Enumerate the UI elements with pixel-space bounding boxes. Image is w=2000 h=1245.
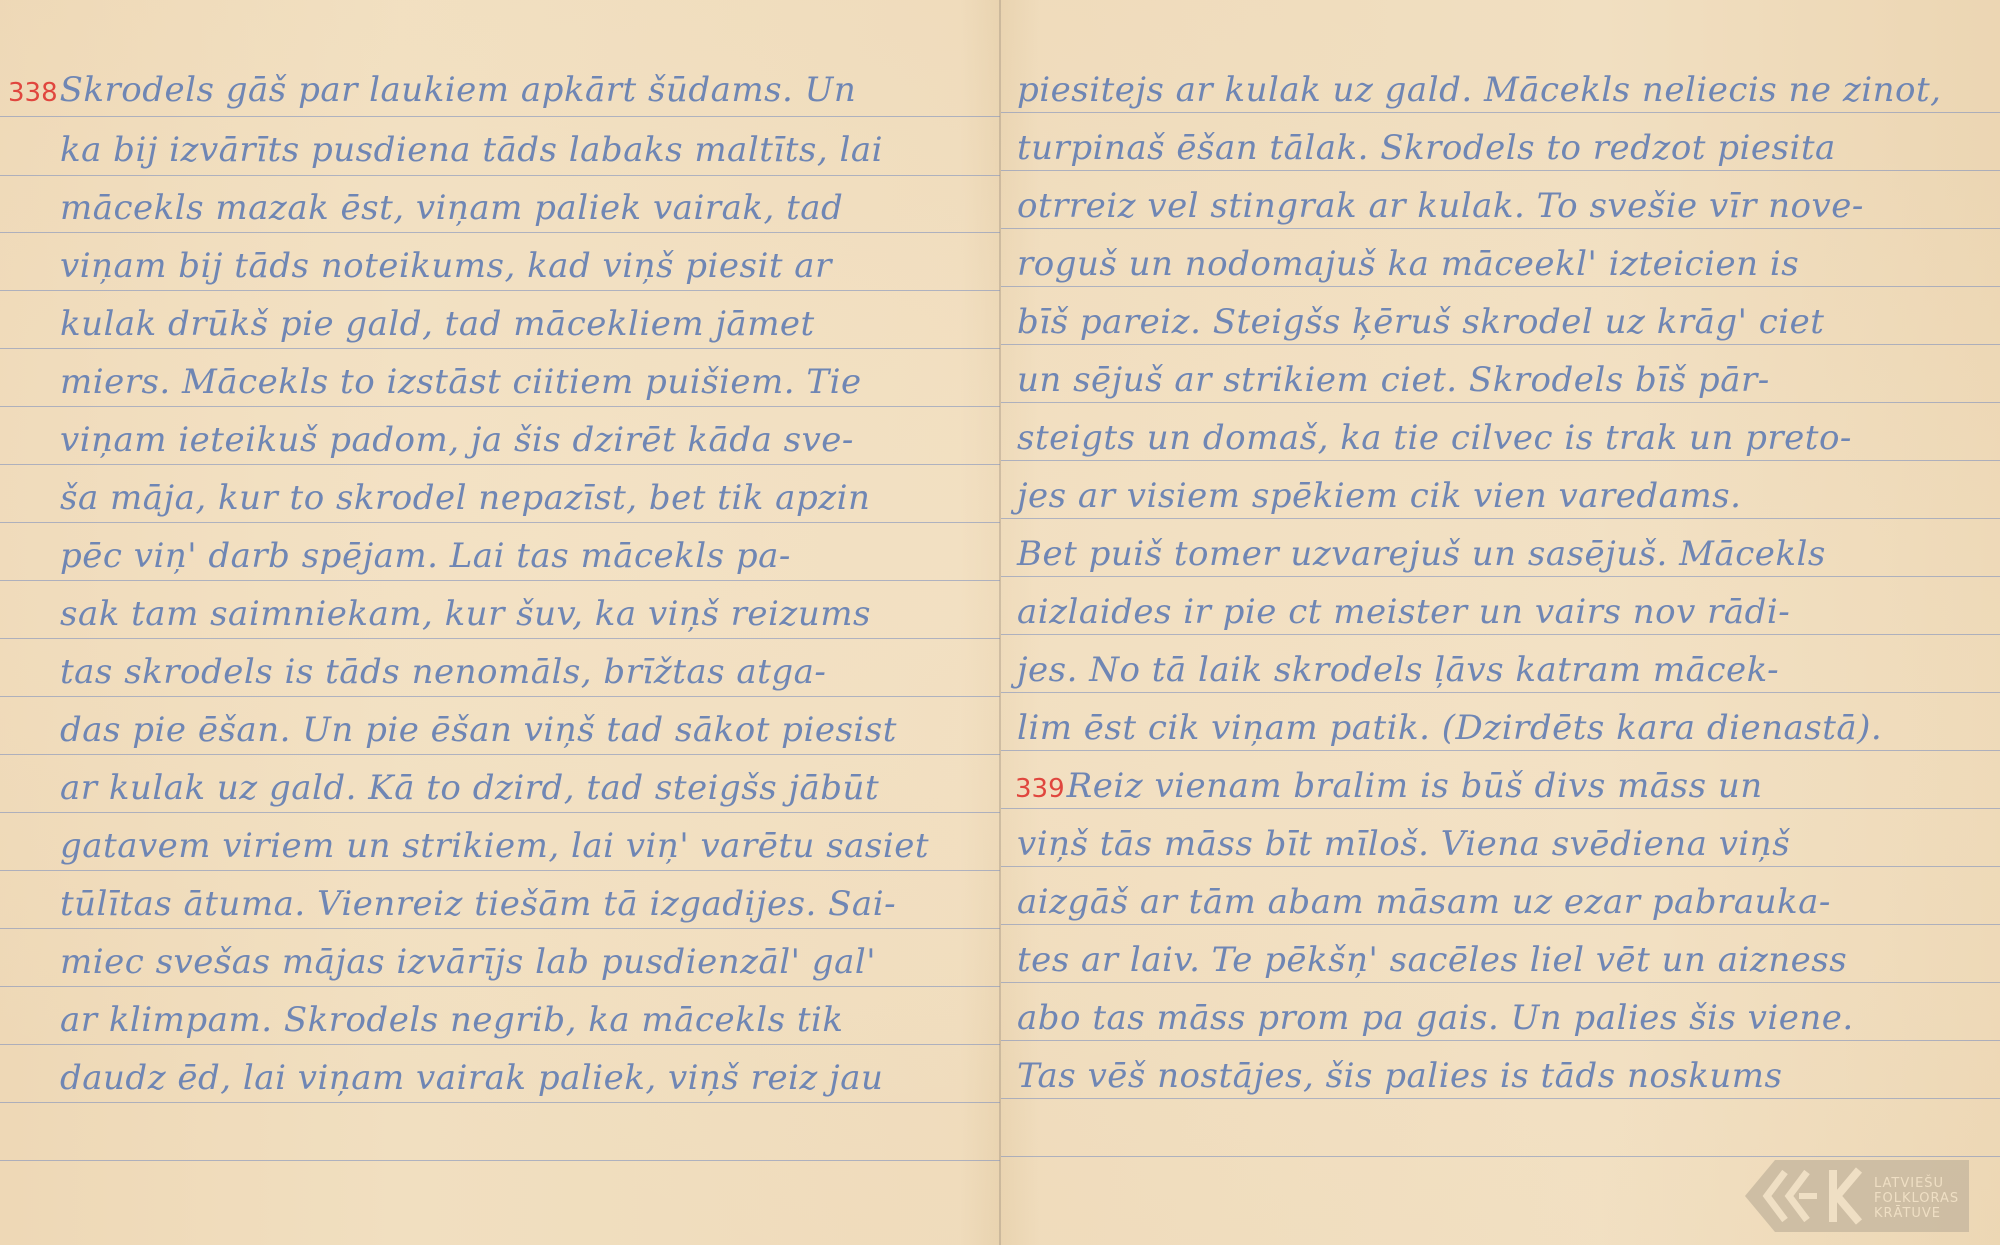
text-line: otrreiz vel stingrak ar kulak. To svešie… <box>1001 186 1864 226</box>
text-line: 339Reiz vienam bralim is būš divs māss u… <box>1001 766 1763 809</box>
ruled-line <box>0 580 1000 581</box>
text-line: aizgāš ar tām abam māsam uz ezar pabrauk… <box>1001 882 1831 922</box>
ruled-line <box>1001 634 2000 635</box>
text-line: roguš un nodomajuš ka māceekl' izteicien… <box>1001 244 1799 284</box>
ruled-line <box>0 290 1000 291</box>
ruled-line <box>1001 576 2000 577</box>
text-line: steigts un domaš, ka tie cilvec is trak … <box>1001 418 1852 458</box>
line-text: Reiz vienam bralim is būš divs māss un <box>1067 766 1763 806</box>
text-line: jes ar visiem spēkiem cik vien varedams. <box>1001 476 1741 516</box>
ruled-line <box>0 870 1000 871</box>
ruled-line <box>1001 750 2000 751</box>
text-line: 338Skrodels gāš par laukiem apkārt šūdam… <box>0 70 856 113</box>
text-line: ar klimpam. Skrodels negrib, ka mācekls … <box>0 1000 843 1040</box>
ruled-line <box>1001 460 2000 461</box>
entry-number-338: 338 <box>8 78 58 108</box>
text-line: tūlītas ātuma. Vienreiz tiešām tā izgadi… <box>0 884 896 924</box>
text-line: gatavem viriem un strikiem, lai viņ' var… <box>0 826 929 866</box>
ruled-line <box>0 348 1000 349</box>
ruled-line <box>0 812 1000 813</box>
text-line: mācekls mazak ēst, viņam paliek vairak, … <box>0 188 843 228</box>
ruled-line <box>0 1102 1000 1103</box>
watermark-line: FOLKLORAS <box>1874 1191 1959 1206</box>
text-line: kulak drūkš pie gald, tad mācekliem jāme… <box>0 304 815 344</box>
ruled-line <box>1001 402 2000 403</box>
text-line: viņam bij tāds noteikums, kad viņš piesi… <box>0 246 832 286</box>
text-line: lim ēst cik viņam patik. (Dzirdēts kara … <box>1001 708 1882 748</box>
ruled-line <box>1001 866 2000 867</box>
text-line: tes ar laiv. Te pēkšņ' sacēles liel vēt … <box>1001 940 1847 980</box>
text-line: ša māja, kur to skrodel nepazīst, bet ti… <box>0 478 870 518</box>
text-line: aizlaides ir pie ct meister un vairs nov… <box>1001 592 1790 632</box>
ruled-line <box>1001 1040 2000 1041</box>
lfk-logo-icon <box>1745 1160 1870 1232</box>
line-text: Skrodels gāš par laukiem apkārt šūdams. … <box>60 70 857 110</box>
text-line: ka bij izvārīts pusdiena tāds labaks mal… <box>0 130 883 170</box>
text-line: tas skrodels is tāds nenomāls, brīžtas a… <box>0 652 826 692</box>
ruled-line <box>1001 286 2000 287</box>
ruled-line <box>0 754 1000 755</box>
text-line: abo tas māss prom pa gais. Un palies šis… <box>1001 998 1854 1038</box>
ruled-line <box>0 928 1000 929</box>
ruled-line <box>1001 1156 2000 1157</box>
text-line: bīš pareiz. Steigšs ķēruš skrodel uz krā… <box>1001 302 1824 342</box>
text-line: viņam ieteikuš padom, ja šis dzirēt kāda… <box>0 420 854 460</box>
text-line: Bet puiš tomer uzvarejuš un sasējuš. Māc… <box>1001 534 1826 574</box>
lfk-watermark: LATVIEŠU FOLKLORAS KRĀTUVE <box>1745 1160 1985 1232</box>
ruled-line <box>0 638 1000 639</box>
ruled-line <box>0 232 1000 233</box>
left-page: 338Skrodels gāš par laukiem apkārt šūdam… <box>0 0 1000 1245</box>
text-line: un sējuš ar strikiem ciet. Skrodels bīš … <box>1001 360 1770 400</box>
ruled-line <box>0 116 1000 117</box>
text-line: miec svešas mājas izvārījs lab pusdienzā… <box>0 942 876 982</box>
ruled-line <box>1001 228 2000 229</box>
ruled-line <box>1001 924 2000 925</box>
watermark-text: LATVIEŠU FOLKLORAS KRĀTUVE <box>1870 1160 1969 1232</box>
ruled-line <box>1001 518 2000 519</box>
ruled-line <box>0 1044 1000 1045</box>
text-line: piesitejs ar kulak uz gald. Mācekls neli… <box>1001 70 1941 110</box>
watermark-line: KRĀTUVE <box>1874 1206 1959 1221</box>
ruled-line <box>0 1160 1000 1161</box>
text-line: turpinaš ēšan tālak. Skrodels to redzot … <box>1001 128 1836 168</box>
text-line: viņš tās māss bīt mīloš. Viena svēdiena … <box>1001 824 1790 864</box>
entry-number-339: 339 <box>1015 774 1065 804</box>
ruled-line <box>0 522 1000 523</box>
ruled-line <box>1001 1098 2000 1099</box>
text-line: Tas vēš nostājes, šis palies is tāds nos… <box>1001 1056 1782 1096</box>
text-line: ar kulak uz gald. Kā to dzird, tad steig… <box>0 768 879 808</box>
text-line: das pie ēšan. Un pie ēšan viņš tad sākot… <box>0 710 897 750</box>
right-page: piesitejs ar kulak uz gald. Mācekls neli… <box>1001 0 2000 1245</box>
ruled-line <box>1001 170 2000 171</box>
text-line: daudz ēd, lai viņam vairak paliek, viņš … <box>0 1058 883 1098</box>
text-line: sak tam saimniekam, kur šuv, ka viņš rei… <box>0 594 871 634</box>
ruled-line <box>1001 982 2000 983</box>
ruled-line <box>0 464 1000 465</box>
ruled-line <box>1001 692 2000 693</box>
watermark-line: LATVIEŠU <box>1874 1176 1959 1191</box>
ruled-line <box>1001 344 2000 345</box>
text-line: pēc viņ' darb spējam. Lai tas mācekls pa… <box>0 536 791 576</box>
text-line: miers. Mācekls to izstāst ciitiem puišie… <box>0 362 862 402</box>
ruled-line <box>0 696 1000 697</box>
ruled-line <box>0 175 1000 176</box>
ruled-line <box>0 986 1000 987</box>
ruled-line <box>0 406 1000 407</box>
ruled-line <box>1001 112 2000 113</box>
text-line: jes. No tā laik skrodels ļāvs katram māc… <box>1001 650 1779 690</box>
